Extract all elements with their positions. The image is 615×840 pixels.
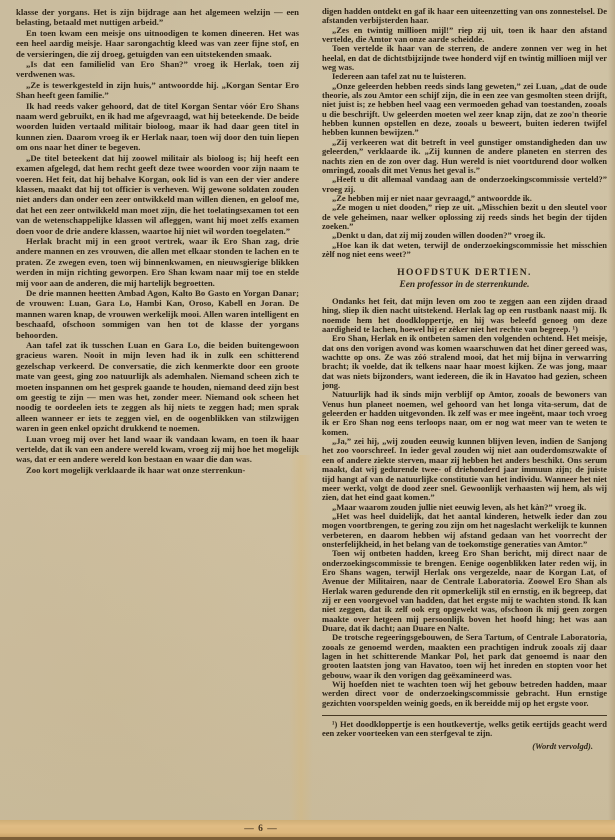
paragraph: „De titel beteekent dat hij zoowel milit…: [16, 153, 299, 236]
newspaper-page: klasse der yorgans. Het is zijn bijdrage…: [0, 0, 615, 840]
paragraph: Ondanks het feit, dat mijn leven om zoo …: [322, 297, 607, 334]
paragraph: Aan tafel zat ik tusschen Luan en Gara L…: [16, 340, 299, 434]
bottom-paper-strip: [0, 820, 615, 840]
paragraph: klasse der yorgans. Het is zijn bijdrage…: [16, 7, 299, 28]
paragraph: Zoo kort mogelijk verklaarde ik haar wat…: [16, 465, 299, 475]
paragraph: „Het was heel duidelijk, dat het aantal …: [322, 512, 607, 549]
paragraph: „Heeft u dit allemaal vandaag aan de ond…: [322, 175, 607, 194]
chapter-subtitle: Een professor in de sterrenkunde.: [322, 281, 607, 290]
right-column-text-top: digen hadden ontdekt en gaf ik haar een …: [322, 7, 607, 259]
footnote: ¹) Het doodkloppertje is een houtkevertj…: [322, 715, 607, 751]
chapter-heading: HOOFDSTUK DERTIEN.: [322, 268, 607, 277]
paragraph: „Zij verkeeren wat dit betreft in veel g…: [322, 138, 607, 175]
paragraph: „Is dat een familielid van Ero Shan?” vr…: [16, 59, 299, 80]
paragraph: „Zes en twintig millioen mijl!” riep zij…: [322, 26, 607, 45]
paragraph: „Onze geleerden hebben reeds sinds lang …: [322, 82, 607, 138]
left-column-text: klasse der yorgans. Het is zijn bijdrage…: [16, 7, 299, 475]
paragraph: De drie mannen heetten Ambad Agon, Kalto…: [16, 288, 299, 340]
right-column-text-chapter: Ondanks het feit, dat mijn leven om zoo …: [322, 297, 607, 708]
paragraph: „Ze is tewerkgesteld in zijn huis,” antw…: [16, 80, 299, 101]
paper-crease: [289, 455, 313, 820]
paragraph: Herlak bracht mij in een groot vertrek, …: [16, 236, 299, 288]
page-number: — 6 —: [231, 824, 291, 834]
paragraph: Natuurlijk had ik sinds mijn verblijf op…: [322, 390, 607, 437]
paper-right-edge: [608, 0, 615, 840]
paragraph: Ik had reeds vaker gehoord, dat de titel…: [16, 101, 299, 153]
footnote-text: ¹) Het doodkloppertje is een houtkevertj…: [322, 720, 607, 739]
paragraph: Toen wij ontbeten hadden, kreeg Ero Shan…: [322, 549, 607, 633]
continued-label: (Wordt vervolgd).: [322, 742, 607, 751]
paragraph: „Hoe kan ik dat weten, terwijl de onderz…: [322, 241, 607, 260]
paragraph: Toen vertelde ik haar van de sterren, de…: [322, 44, 607, 72]
left-column: klasse der yorgans. Het is zijn bijdrage…: [16, 7, 299, 475]
paragraph: Wij hoefden niet te wachten toen wij het…: [322, 680, 607, 708]
paragraph: „Ja,” zei hij, „wij zouden eeuwig kunnen…: [322, 437, 607, 502]
paragraph: Ero Shan, Herlak en ik ontbeten samen de…: [322, 334, 607, 390]
paragraph: „Ze mogen u niet dooden,” riep ze uit. „…: [322, 203, 607, 231]
paragraph: En toen kwam een meisje ons uitnoodigen …: [16, 28, 299, 59]
right-column: digen hadden ontdekt en gaf ik haar een …: [322, 7, 607, 751]
paragraph: digen hadden ontdekt en gaf ik haar een …: [322, 7, 607, 26]
paragraph: Luan vroeg mij over het land waar ik van…: [16, 434, 299, 465]
paragraph: De trotsche regeeringsgebouwen, de Sera …: [322, 633, 607, 680]
